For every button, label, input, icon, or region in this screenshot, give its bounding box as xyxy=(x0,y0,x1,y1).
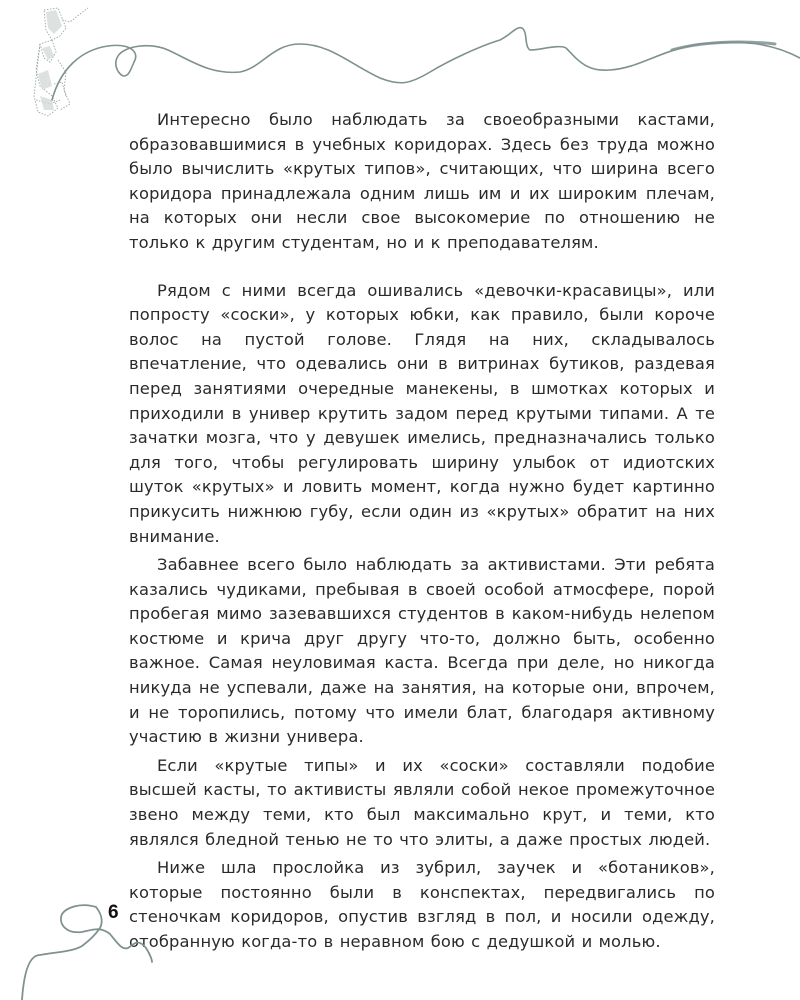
page-number: 6 xyxy=(108,902,119,924)
paragraph-middle-caste: Если «крутые типы» и их «соски» составля… xyxy=(129,754,715,852)
top-wavy-ornament xyxy=(0,0,800,110)
paragraph-nerds: Ниже шла прослойка из зубрил, заучек и «… xyxy=(129,856,715,954)
paragraph-castes-intro: Интересно было наблюдать за своеобразным… xyxy=(129,108,715,256)
sketch-illustration xyxy=(0,0,110,120)
page-body: Интересно было наблюдать за своеобразным… xyxy=(129,108,715,955)
paragraph-pretty-girls: Рядом с ними всегда ошивались «девочки-к… xyxy=(129,279,715,550)
paragraph-activists: Забавнее всего было наблюдать за активис… xyxy=(129,553,715,750)
